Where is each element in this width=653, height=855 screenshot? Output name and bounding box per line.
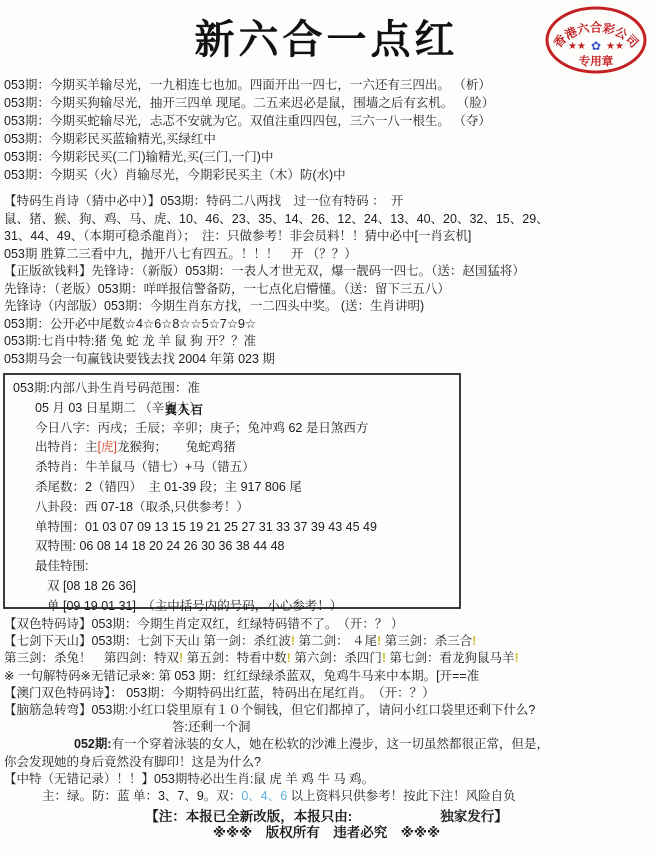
poem-line: 053期：今期买蛇输尽光，忐忑不安就为它。双值注重四四包，三六一八一根生。 （夺… <box>0 112 653 130</box>
qijian-line-2: 第三剑：杀兔！ 第四剑：特双! 第五剑：特看中数! 第六剑：杀四门! 第七剑：看… <box>0 650 653 667</box>
brainteaser-line: 【脑筋急转弯】053期:小红口袋里原有１０个铜钱，但它们都掉了，请问小红口袋里还… <box>0 702 653 719</box>
poem-line: 053期：今期买狗输尽光，抽开三四单 现尾。二五来迟必是鼠，围墙之后有玄机。 （… <box>0 94 653 112</box>
copyright-line: ※※※ 版权所有 违者必究 ※※※ <box>0 825 653 841</box>
riddle-052-line2: 你会发现她的身后竟然没有脚印！这是为什么? <box>0 754 653 771</box>
yijujie-line: ※ 一句解特码※无错记录※: 第 053 期：红红绿绿杀蓝双，兔鸡牛马来中本期。… <box>0 668 653 685</box>
footer-note-line: 【注：本报已全新改版，本报只由:独家发行】 <box>0 809 653 825</box>
box-best-label: 最佳特围: <box>9 557 459 577</box>
aomen-poem-line: 【澳门双色特码诗】： 053期：今期特码出红蓝，特码出在尾红肖。 （开：？） <box>0 685 653 702</box>
seal-stars-right: ★★ <box>606 41 624 52</box>
brainteaser-answer: 答:还剩一个洞 <box>0 719 653 736</box>
erased-publisher-gap <box>352 817 440 818</box>
seal-stars-left: ★★ <box>568 41 586 52</box>
shuangse-poem-line: 【双色特码诗】053期：今期生肖定双红，红绿特码错不了。 （开：？ ） <box>0 616 653 633</box>
riddle-052-line1: 052期:有一个穿着泳装的女人，她在松软的沙滩上漫步，这一切虽然都很正常，但是， <box>0 736 653 753</box>
poem-line: 053期：今期买羊输尽光，一九相连七也加。四面开出一四七，一六还有三四出。 （析… <box>0 76 653 94</box>
seal-bottom-text: 专用章 <box>579 54 614 68</box>
tip-line: 先锋诗（内部版）053期：今期生肖东方找，一二四头中奖。 (送：生肖讲明) <box>0 298 653 316</box>
box-date-line: 05 月 03 日星期二 （辛卯本） <box>9 399 459 419</box>
chusheng-prefix: 出特肖：主 <box>35 440 98 454</box>
company-seal: 香港六合彩公司 ★★ ✿ ★★ 专用章 <box>544 5 648 75</box>
tip-line: 053期 胜算二三看中九，抛开八七有四五。！！！ 开 （？？） <box>0 246 653 264</box>
box-best-shuang: 双 [08 18 26 36] <box>9 577 459 597</box>
special-code-tips-section: 【特码生肖诗（猜中必中）】053期：特码二八两找 过一位有特码 ： 开 鼠、猪、… <box>0 193 653 368</box>
zhu-fang-line: 主：绿。防：蓝 单：3、7、9。双：0、4、6 以上资料只供参考！按此下注！风险… <box>0 788 653 805</box>
tip-line: 鼠、猪、猴、狗、鸡、马、虎、10、46、23、35、14、26、12、24、13… <box>0 211 653 229</box>
bagua-zodiac-box: 真人百 053期:内部八卦生肖号码范围：准 05 月 03 日星期二 （辛卯本）… <box>3 373 461 609</box>
newspaper-page: 新六合一点红 香港六合彩公司 ★★ ✿ ★★ 专用章 053期：今期买羊输尽光，… <box>0 0 653 855</box>
poem-line: 053期：今期买（火）肖输尽光，今期彩民买主（木）防(水)中 <box>0 166 653 184</box>
tip-line: 053期：公开必中尾数☆4☆6☆8☆☆5☆7☆9☆ <box>0 316 653 334</box>
footer: 【注：本报已全新改版，本报只由:独家发行】 ※※※ 版权所有 违者必究 ※※※ <box>0 809 653 841</box>
chusheng-suffix: 龙猴狗； 兔蛇鸡猪 <box>117 440 236 454</box>
box-bazi-line: 今日八字：丙戌；壬辰；辛卯；庚子；兔冲鸡 62 是日煞西方 <box>9 419 459 439</box>
box-chusheng-line: 出特肖：主[虎]龙猴狗； 兔蛇鸡猪 <box>9 438 459 458</box>
tip-line: 31、44、49、（本期可稳杀龍肖）； 注：只做参考！非会员料！！猜中必中[一肖… <box>0 228 653 246</box>
tip-line: 【正版欲钱料】先锋诗：（新版）053期：一表人才世无双，爆一靓码一四七。（送：赵… <box>0 263 653 281</box>
tip-line: 先锋诗：（老版）053期：咩咩报信警备防，一七点化启懵懂。（送：留下三五八） <box>0 281 653 299</box>
zhu-blue-numbers: 0、4、6 <box>241 789 287 803</box>
riddle-052-issue: 052期: <box>74 737 112 751</box>
box-best-dan: 单 [09 19 01 31] （主中括号内的号码，小心参考！） <box>9 597 459 617</box>
chusheng-tiger: [虎] <box>98 440 117 454</box>
footer-note-suffix: 独家发行】 <box>440 809 508 825</box>
tip-line: 053期:七肖中特:猪 兔 蛇 龙 羊 鼠 狗 开？？准 <box>0 333 653 351</box>
tip-line: 053期马会一句赢钱诀要钱去找 2004 年第 023 期 <box>0 351 653 369</box>
box-shuang-line: 双特围: 06 08 14 18 20 24 26 30 36 38 44 48 <box>9 537 459 557</box>
poem-line: 053期：今期彩民买(二门)输精光,买(三门,一门)中 <box>0 148 653 166</box>
poem-line: 053期：今期彩民买蓝输精光,买绿红中 <box>0 130 653 148</box>
footer-note-prefix: 【注：本报已全新改版，本报只由: <box>145 809 352 825</box>
seal-graphic: 香港六合彩公司 ★★ ✿ ★★ 专用章 <box>544 5 648 75</box>
box-bagua-line: 八卦段：西 07-18（取杀,只供参考！） <box>9 498 459 518</box>
box-header: 053期:内部八卦生肖号码范围：准 <box>9 379 459 399</box>
seal-flower-icon: ✿ <box>591 39 601 53</box>
box-shawei-line: 杀尾数：2（错四） 主 01-39 段；主 917 806 尾 <box>9 478 459 498</box>
bottom-sections: 【双色特码诗】053期：今期生肖定双红，红绿特码错不了。 （开：？ ） 【七剑下… <box>0 616 653 805</box>
riddle-052-text: 有一个穿着泳装的女人，她在松软的沙滩上漫步，这一切虽然都很正常，但是， <box>112 737 550 751</box>
tip-line: 【特码生肖诗（猜中必中）】053期：特码二八两找 过一位有特码 ： 开 <box>0 193 653 211</box>
zhongte-line: 【中特（无错记录）！！】053期特必出生肖:鼠 虎 羊 鸡 牛 马 鸡。 <box>0 771 653 788</box>
qijian-line-1: 【七剑下天山】053期：七剑下天山 第一剑：杀红波! 第二剑： ４尾! 第三剑：… <box>0 633 653 650</box>
zhu-suffix: 以上资料只供参考！按此下注！风险自负 <box>287 789 515 803</box>
masthead: 新六合一点红 香港六合彩公司 ★★ ✿ ★★ 专用章 <box>0 0 653 66</box>
watermark-overlay: 真人百 <box>165 401 204 418</box>
intro-poems-section: 053期：今期买羊输尽光，一九相连七也加。四面开出一四七，一六还有三四出。 （析… <box>0 76 653 184</box>
zhu-prefix: 主：绿。防：蓝 单：3、7、9。双： <box>42 789 241 803</box>
box-dan-line: 单特围：01 03 07 09 13 15 19 21 25 27 31 33 … <box>9 518 459 538</box>
box-sha-line: 杀特肖：牛羊鼠马（错七）+马（错五） <box>9 458 459 478</box>
